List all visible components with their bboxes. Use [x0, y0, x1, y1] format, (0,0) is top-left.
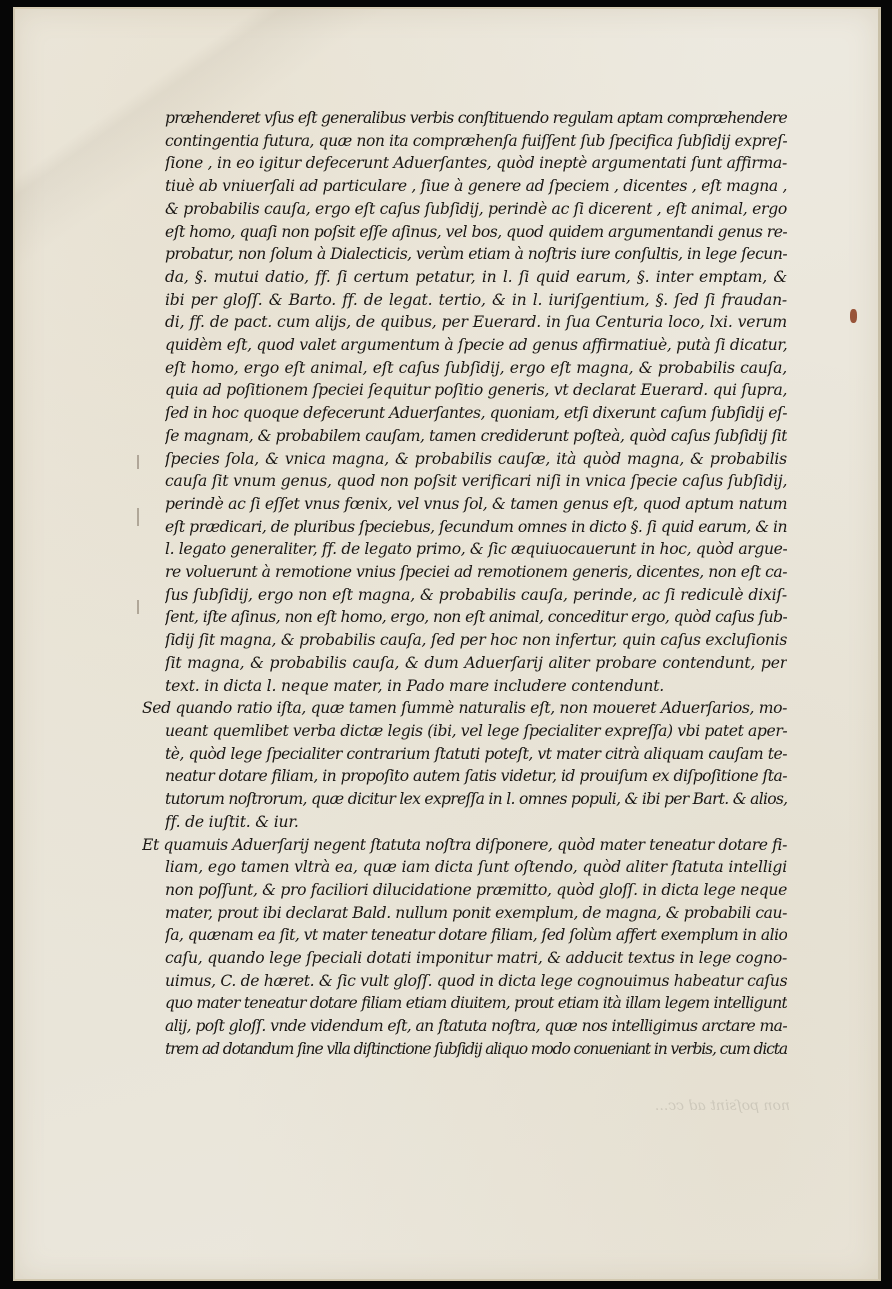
- text-line: contingentia futura, quæ non ita compræh…: [165, 130, 787, 153]
- text-line: præhenderet vſus eſt generalibus verbis …: [165, 107, 787, 130]
- text-line: Sed quando ratio iſta, quæ tamen ſummè n…: [142, 697, 787, 720]
- text-line: ſa, quænam ea ſit, vt mater teneatur dot…: [165, 924, 787, 947]
- bleed-through-text: non poſsint ad cc...: [450, 1098, 790, 1114]
- text-line: probatur, non ſolum à Dialecticis, verùm…: [165, 243, 787, 266]
- text-line: perindè ac ſi eſſet vnus fœnix, vel vnus…: [165, 493, 787, 516]
- text-line: non poſſunt, & pro faciliori dilucidatio…: [165, 879, 787, 902]
- text-line: eſt homo, ergo eſt animal, eſt caſus ſub…: [165, 357, 787, 380]
- text-line: di, ff. de pact. cum alijs, de quibus, p…: [165, 311, 787, 334]
- text-line: ſit magna, & probabilis cauſa, & dum Adu…: [165, 652, 787, 675]
- text-line: ff. de iuſtit. & iur.: [165, 811, 787, 834]
- text-line: uimus, C. de hæret. & ſic vult gloſſ. qu…: [165, 970, 787, 993]
- text-line: ſent, iſte aſinus, non eſt homo, ergo, n…: [165, 606, 787, 629]
- text-line: re voluerunt à remotione vnius ſpeciei a…: [165, 561, 787, 584]
- text-line: quo mater teneatur dotare filiam etiam d…: [165, 992, 787, 1015]
- text-line: text. in dicta l. neque mater, in Pado m…: [165, 675, 787, 698]
- text-line: eſt prædicari, de pluribus ſpeciebus, ſe…: [165, 516, 787, 539]
- text-line: quia ad poſitionem ſpeciei ſequitur poſi…: [165, 379, 787, 402]
- margin-mark: [137, 508, 139, 526]
- text-line: ibi per gloſſ. & Barto. ff. de legat. te…: [165, 289, 787, 312]
- text-line: ſed in hoc quoque defecerunt Aduerſantes…: [165, 402, 787, 425]
- text-line: ſus ſubſidij, ergo non eſt magna, & prob…: [165, 584, 787, 607]
- text-line: liam, ego tamen vltrà ea, quæ iam dicta …: [165, 856, 787, 879]
- scanned-page-view: præhenderet vſus eſt generalibus verbis …: [0, 0, 892, 1289]
- text-line: tutorum noſtrorum, quæ dicitur lex expre…: [165, 788, 787, 811]
- text-line: tiuè ab vniuerſali ad particulare , ſiue…: [165, 175, 787, 198]
- text-line: ſidij ſit magna, & probabilis cauſa, ſed…: [165, 629, 787, 652]
- paragraph-3: Et quamuis Aduerſarij negent ſtatuta noſ…: [165, 834, 787, 1061]
- text-line: ſione , in eo igitur defecerunt Aduerſan…: [165, 152, 787, 175]
- text-line: caſu, quando lege ſpeciali dotati imponi…: [165, 947, 787, 970]
- paragraph-2: Sed quando ratio iſta, quæ tamen ſummè n…: [165, 697, 787, 833]
- text-line: eſt homo, quaſi non poſsit eſſe aſinus, …: [165, 221, 787, 244]
- text-line: ſe magnam, & probabilem cauſam, tamen cr…: [165, 425, 787, 448]
- rust-stain: [850, 309, 857, 323]
- text-line: quidèm eſt, quod valet argumentum à ſpec…: [165, 334, 787, 357]
- text-line: ueant quemlibet verba dictæ legis (ibi, …: [165, 720, 787, 743]
- text-line: mater, prout ibi declarat Bald. nullum p…: [165, 902, 787, 925]
- text-line: cauſa ſit vnum genus, quod non poſsit ve…: [165, 470, 787, 493]
- text-line: Et quamuis Aduerſarij negent ſtatuta noſ…: [142, 834, 787, 857]
- margin-mark: [137, 600, 139, 614]
- text-line: da, §. mutui datio, ff. ſi certum petatu…: [165, 266, 787, 289]
- text-line: l. legato generaliter, ff. de legato pri…: [165, 538, 787, 561]
- margin-mark: [137, 455, 139, 469]
- text-line: trem ad dotandum ſine vlla diſtinctione …: [165, 1038, 787, 1061]
- text-line: alij, poſt gloſſ. vnde videndum eſt, an …: [165, 1015, 787, 1038]
- text-line: ſpecies ſola, & vnica magna, & probabili…: [165, 448, 787, 471]
- page-text: præhenderet vſus eſt generalibus verbis …: [165, 107, 787, 1061]
- text-line: & probabilis cauſa, ergo eſt caſus ſubſi…: [165, 198, 787, 221]
- text-line: neatur dotare filiam, in propoſito autem…: [165, 765, 787, 788]
- text-line: tè, quòd lege ſpecialiter contrarium ſta…: [165, 743, 787, 766]
- paragraph-1: præhenderet vſus eſt generalibus verbis …: [165, 107, 787, 697]
